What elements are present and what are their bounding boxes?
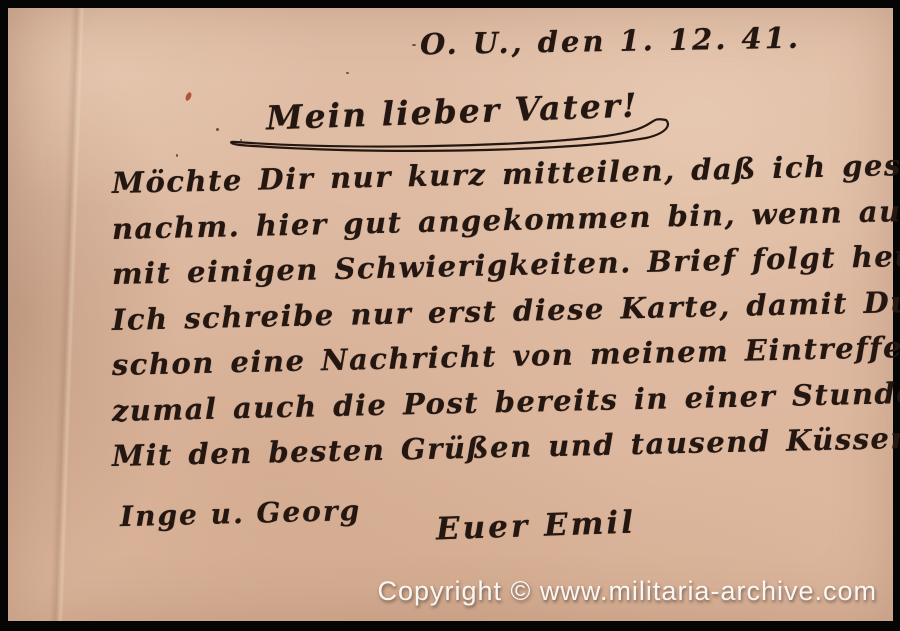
scan-black-frame: O. U., den 1. 12. 41. Mein lieber Vater!… — [0, 0, 900, 631]
letter-body: Möchte Dir nur kurz mitteilen, daß ich g… — [112, 166, 893, 485]
ink-speck — [216, 128, 219, 131]
letter-closing-names: Inge u. Georg — [120, 494, 362, 533]
ink-speck — [346, 72, 349, 74]
ink-speck — [412, 44, 416, 46]
ink-speck — [176, 154, 178, 157]
letter-paper: O. U., den 1. 12. 41. Mein lieber Vater!… — [8, 8, 893, 621]
paper-red-mark — [184, 91, 192, 101]
letter-dateline: O. U., den 1. 12. 41. — [420, 21, 801, 62]
paper-crease — [49, 8, 84, 621]
salutation-underline-flourish — [226, 114, 674, 158]
copyright-watermark: Copyright © www.militaria-archive.com — [377, 576, 877, 607]
letter-signature: Euer Emil — [435, 505, 636, 548]
ink-speck — [240, 139, 242, 141]
